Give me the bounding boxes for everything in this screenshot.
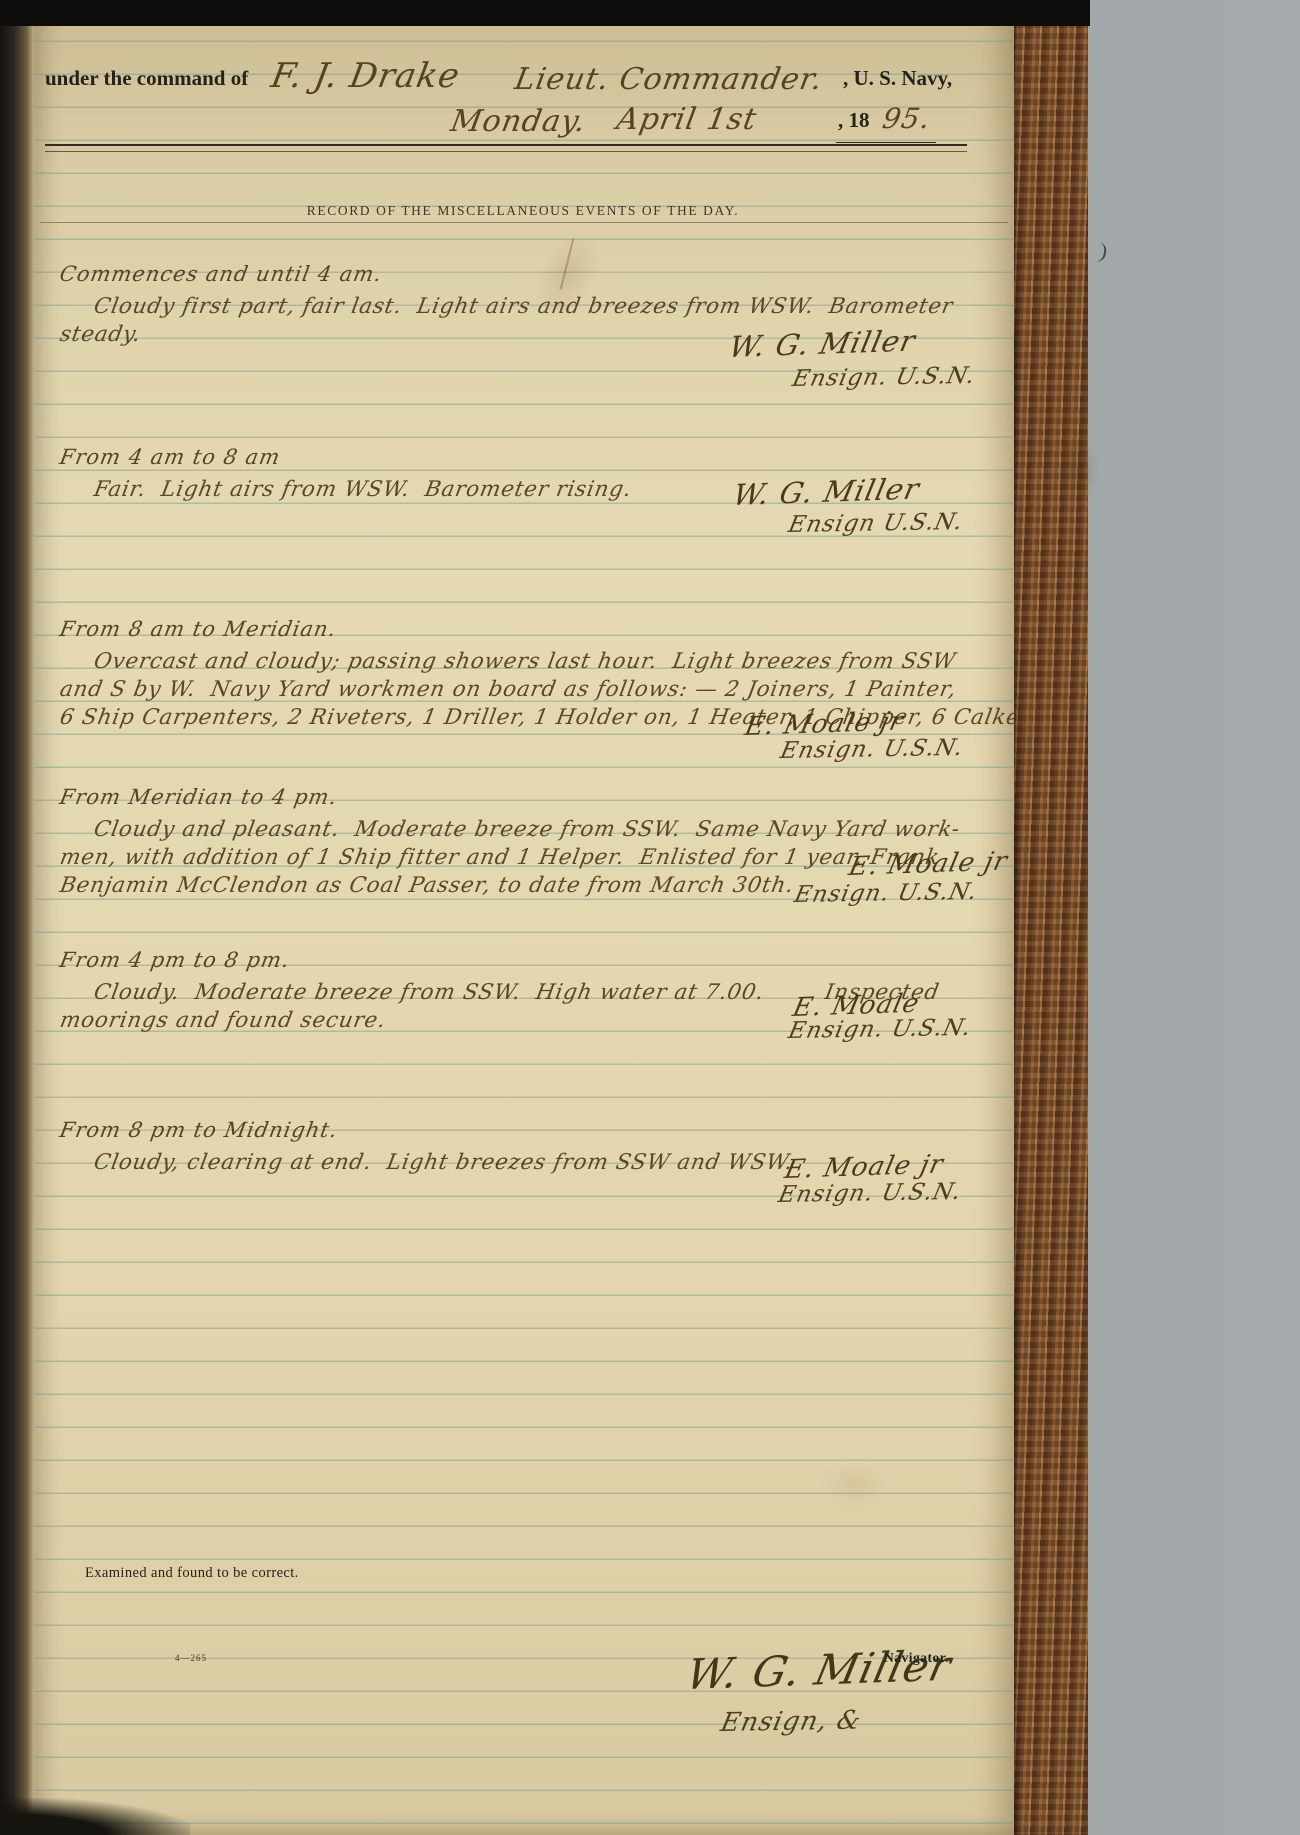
- entry-signature: W. G. Miller: [726, 324, 919, 364]
- entry-line: Cloudy and pleasant. Moderate breeze fro…: [92, 816, 1013, 844]
- entry-heading: From 8 am to Meridian.: [58, 617, 1012, 641]
- entry-heading: From Meridian to 4 pm.: [58, 785, 1012, 809]
- entry-signature-title: Ensign. U.S.N.: [776, 1179, 964, 1208]
- commander-name-handwritten: F. J. Drake: [268, 56, 463, 96]
- entry-signature-title: Ensign. U.S.N.: [786, 1015, 974, 1044]
- navigator-signature-title: Ensign, &: [718, 1706, 864, 1738]
- scan-bottom-shadow: [0, 1798, 190, 1835]
- book-fore-edge: [1014, 0, 1088, 1835]
- examined-statement: Examined and found to be correct.: [85, 1565, 299, 1582]
- entry-line: Cloudy first part, fair last. Light airs…: [92, 293, 1013, 321]
- printed-year-prefix: , 18: [838, 108, 870, 133]
- entry-heading: Commences and until 4 am.: [58, 262, 1012, 286]
- year-blank-line: [836, 142, 936, 143]
- entry-heading: From 4 am to 8 am: [58, 445, 1012, 469]
- header-divider: [45, 144, 967, 152]
- entry-signature: E. Moale jr: [846, 847, 1010, 882]
- form-number: 4—265: [175, 1653, 207, 1663]
- entry-line: Overcast and cloudy; passing showers las…: [92, 648, 1013, 676]
- logbook-page-scan: under the command of F. J. Drake Lieut. …: [0, 0, 1300, 1835]
- printed-us-navy: , U. S. Navy,: [843, 66, 952, 91]
- entry-line: and S by W. Navy Yard workmen on board a…: [58, 676, 1013, 704]
- entry-signature-title: Ensign. U.S.N.: [792, 879, 980, 908]
- ink-mark: [1091, 241, 1107, 263]
- entry-signature-title: Ensign U.S.N.: [786, 509, 966, 538]
- commander-rank-handwritten: Lieut. Commander.: [512, 62, 826, 97]
- printed-command-prefix: under the command of: [45, 66, 248, 91]
- paper-stain: [820, 1460, 890, 1510]
- year-handwritten: 95.: [880, 102, 933, 135]
- date-handwritten: April 1st: [614, 102, 760, 137]
- entry-signature: W. G. Miller: [730, 472, 923, 512]
- section-caption: RECORD OF THE MISCELLANEOUS EVENTS OF TH…: [32, 203, 1014, 219]
- printed-navigator-label: Navigator.: [884, 1650, 949, 1666]
- book-gutter-edge: [0, 0, 34, 1835]
- scan-top-bar: [0, 0, 1090, 26]
- entry-signature-title: Ensign. U.S.N.: [790, 363, 978, 392]
- entry-signature-title: Ensign. U.S.N.: [778, 735, 966, 764]
- edge-stain: [1060, 440, 1100, 500]
- day-handwritten: Monday.: [448, 104, 589, 139]
- caption-divider: [40, 222, 1008, 223]
- entry-heading: From 4 pm to 8 pm.: [58, 948, 1012, 972]
- entry-heading: From 8 pm to Midnight.: [58, 1118, 1012, 1142]
